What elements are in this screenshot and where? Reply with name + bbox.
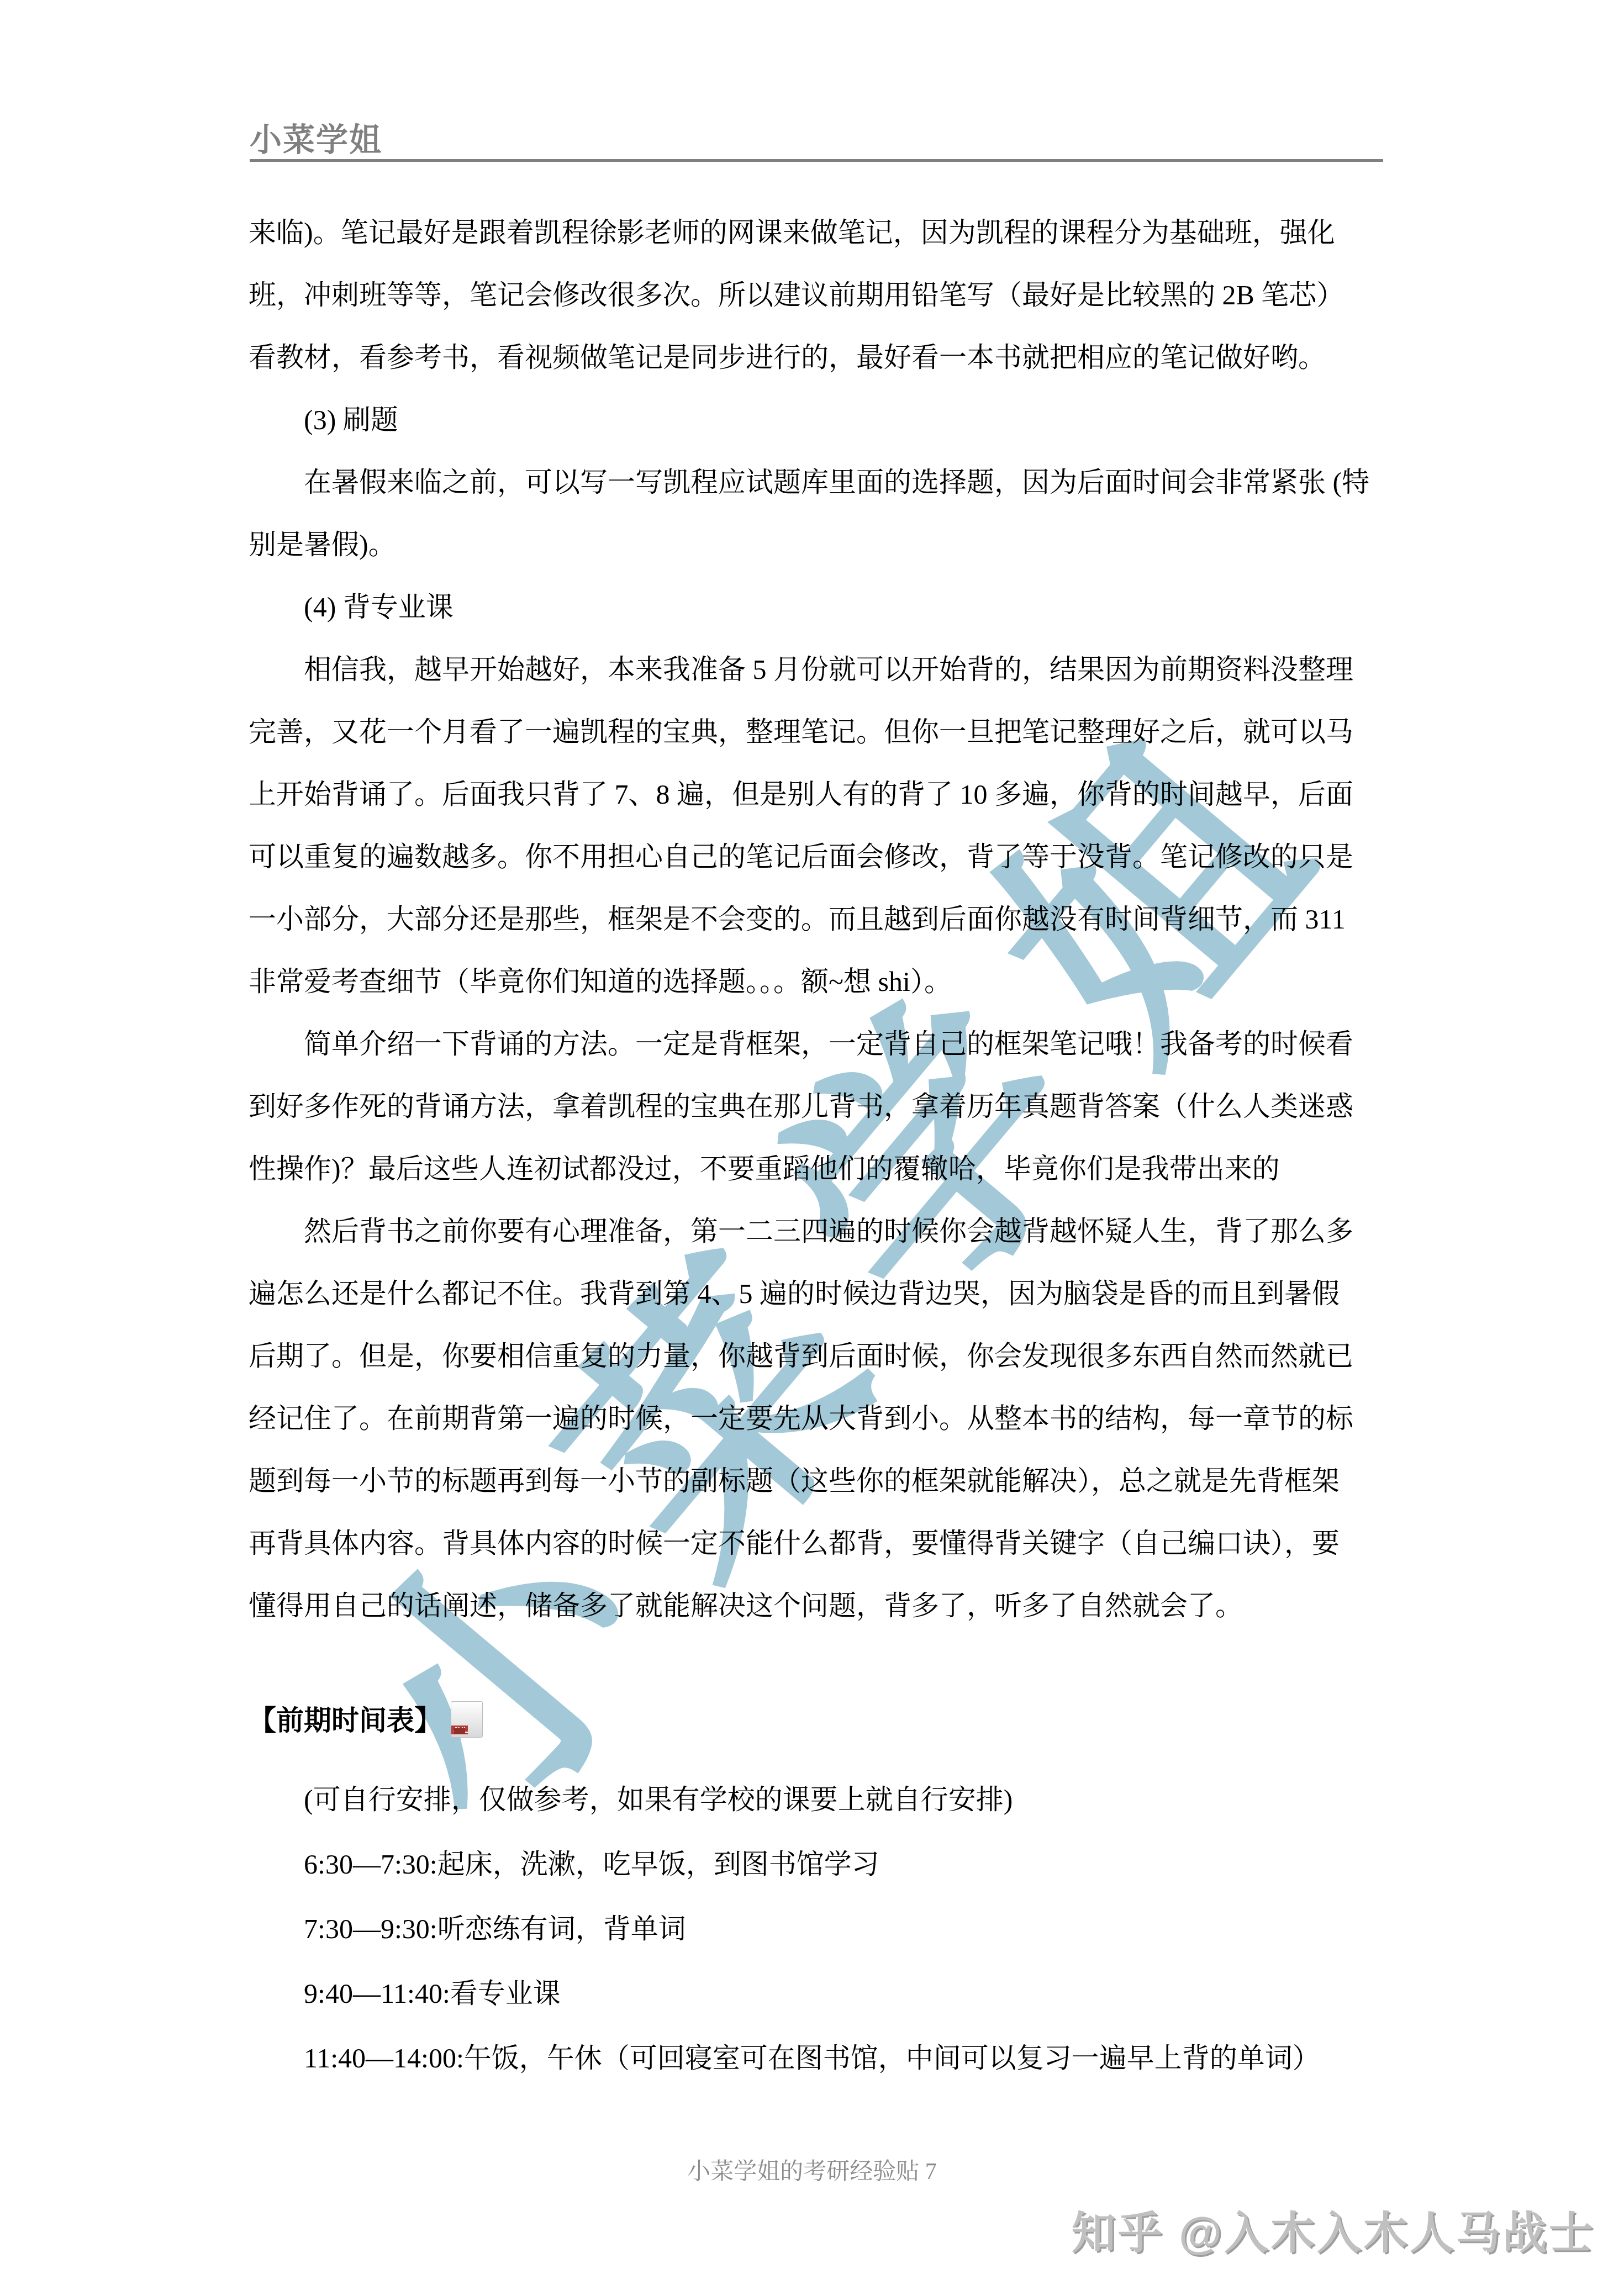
document-page: 小菜学姐 小菜学姐 来临)。笔记最好是跟着凯程徐影老师的网课来做笔记，因为凯程的…	[0, 0, 1624, 2290]
schedule-item: 6:30—7:30:起床，洗漱，吃早饭，到图书馆学习	[249, 1832, 1411, 1897]
text-line: 看教材，看参考书，看视频做笔记是同步进行的，最好看一本书就把相应的笔记做好哟。	[249, 326, 1411, 389]
text-line: 简单介绍一下背诵的方法。一定是背框架，一定背自己的框架笔记哦！我备考的时候看	[249, 1013, 1411, 1075]
text-line: 相信我，越早开始越好，本来我准备 5 月份就可以开始背的，结果因为前期资料没整理	[249, 639, 1411, 701]
text-line: 非常爱考查细节（毕竟你们知道的选择题。。。额~想 shi）。	[249, 951, 1411, 1013]
schedule-heading: 【前期时间表】JUL17	[249, 1699, 1411, 1742]
text-line: 班，冲刺班等等，笔记会修改很多次。所以建议前期用铅笔写（最好是比较黑的 2B 笔…	[249, 264, 1411, 326]
text-line: 然后背书之前你要有心理准备，第一二三四遍的时候你会越背越怀疑人生，背了那么多	[249, 1200, 1411, 1263]
text-line: 可以重复的遍数越多。你不用担心自己的笔记后面会修改，背了等于没背。笔记修改的只是	[249, 826, 1411, 888]
text-line: 遍怎么还是什么都记不住。我背到第 4、5 遍的时候边背边哭，因为脑袋是昏的而且到…	[249, 1263, 1411, 1325]
page-footer: 小菜学姐的考研经验贴 7	[0, 2153, 1624, 2186]
text-line: 来临)。笔记最好是跟着凯程徐影老师的网课来做笔记，因为凯程的课程分为基础班，强化	[249, 202, 1411, 264]
schedule-item: 9:40—11:40:看专业课	[249, 1961, 1411, 2026]
zhihu-watermark: 知乎 @入木入木人马战士	[1072, 2197, 1595, 2261]
text-line: 完善，又花一个月看了一遍凯程的宝典，整理笔记。但你一旦把笔记整理好之后，就可以马	[249, 701, 1411, 763]
text-line: 后期了。但是，你要相信重复的力量，你越背到后面时候，你会发现很多东西自然而然就已	[249, 1325, 1411, 1387]
text-line: 在暑假来临之前，可以写一写凯程应试题库里面的选择题，因为后面时间会非常紧张 (特	[249, 451, 1411, 514]
text-line: (3) 刷题	[249, 389, 1411, 451]
schedule-heading-label: 【前期时间表】	[249, 1705, 442, 1736]
page-header-title: 小菜学姐	[250, 114, 382, 160]
schedule-item: 11:40—14:00:午饭，午休（可回寝室可在图书馆，中间可以复习一遍早上背的…	[249, 2026, 1411, 2091]
schedule-note: (可自行安排，仅做参考，如果有学校的课要上就自行安排)	[249, 1767, 1411, 1832]
text-line: 一小部分，大部分还是那些，框架是不会变的。而且越到后面你越没有时间背细节，而 3…	[249, 888, 1411, 951]
text-line: (4) 背专业课	[249, 576, 1411, 639]
text-line: 别是暑假)。	[249, 514, 1411, 576]
text-line: 到好多作死的背诵方法，拿着凯程的宝典在那儿背书，拿着历年真题背答案（什么人类迷惑	[249, 1075, 1411, 1138]
schedule-list: (可自行安排，仅做参考，如果有学校的课要上就自行安排) 6:30—7:30:起床…	[249, 1767, 1411, 2091]
text-line: 上开始背诵了。后面我只背了 7、8 遍，但是别人有的背了 10 多遍，你背的时间…	[249, 763, 1411, 826]
text-line: 再背具体内容。背具体内容的时候一定不能什么都背，要懂得背关键字（自己编口诀），要	[249, 1512, 1411, 1575]
calendar-icon: JUL17	[451, 1701, 483, 1738]
text-line: 题到每一小节的标题再到每一小节的副标题（这些你的框架就能解决），总之就是先背框架	[249, 1450, 1411, 1512]
document-body: 来临)。笔记最好是跟着凯程徐影老师的网课来做笔记，因为凯程的课程分为基础班，强化…	[249, 202, 1411, 2091]
text-line: 性操作)？最后这些人连初试都没过，不要重蹈他们的覆辙哈，毕竟你们是我带出来的	[249, 1138, 1411, 1200]
schedule-item: 7:30—9:30:听恋练有词，背单词	[249, 1897, 1411, 1961]
text-line: 经记住了。在前期背第一遍的时候，一定要先从大背到小。从整本书的结构，每一章节的标	[249, 1387, 1411, 1450]
header-divider	[250, 159, 1383, 162]
calendar-icon-month: JUL	[451, 1726, 468, 1734]
text-line: 懂得用自己的话阐述，储备多了就能解决这个问题，背多了，听多了自然就会了。	[249, 1575, 1411, 1637]
